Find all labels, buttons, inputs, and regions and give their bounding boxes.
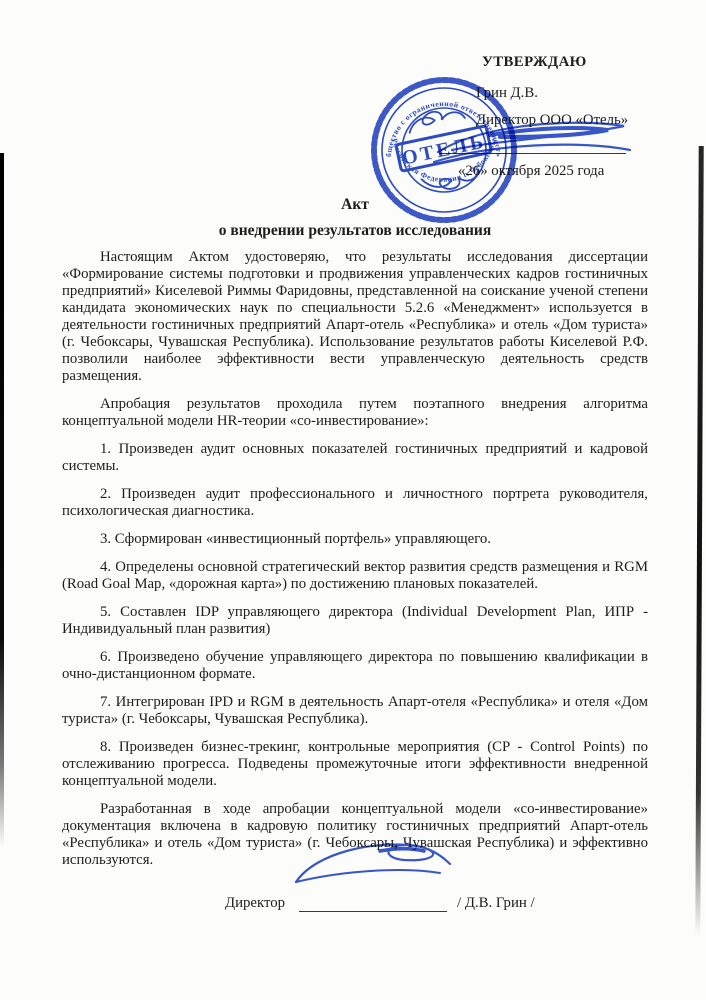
director-signature-bottom xyxy=(284,834,460,892)
list-item-6: 6. Произведено обучение управляющего дир… xyxy=(62,649,648,683)
signature-row: Директор / Д.В. Грин / xyxy=(225,895,648,912)
document-title: Акт xyxy=(62,196,648,213)
approval-label: УТВЕРЖДАЮ xyxy=(482,54,648,71)
director-signature-top xyxy=(428,110,640,172)
scan-shadow-left xyxy=(0,153,4,847)
signature-line xyxy=(299,897,447,912)
list-item-1: 1. Произведен аудит основных показателей… xyxy=(62,441,648,475)
paragraph-approbation: Апробация результатов проходила путем по… xyxy=(62,396,648,430)
list-item-5: 5. Составлен IDP управляющего директора … xyxy=(62,604,648,638)
list-item-8: 8. Произведен бизнес-трекинг, контрольны… xyxy=(62,739,648,790)
document-subtitle: о внедрении результатов исследования xyxy=(62,222,648,239)
paragraph-intro: Настоящим Актом удостоверяю, что результ… xyxy=(62,249,648,385)
list-item-2: 2. Произведен аудит профессионального и … xyxy=(62,486,648,520)
list-item-4: 4. Определены основной стратегический ве… xyxy=(62,559,648,593)
list-item-3: 3. Сформирован «инвестиционный портфель»… xyxy=(62,531,648,548)
document-page: УТВЕРЖДАЮ Грин Д.В. Директор ООО «Отель»… xyxy=(0,0,706,1000)
list-item-7: 7. Интегрирован IPD и RGM в деятельность… xyxy=(62,694,648,728)
signature-name: / Д.В. Грин / xyxy=(457,895,535,912)
signature-role: Директор xyxy=(225,895,285,912)
